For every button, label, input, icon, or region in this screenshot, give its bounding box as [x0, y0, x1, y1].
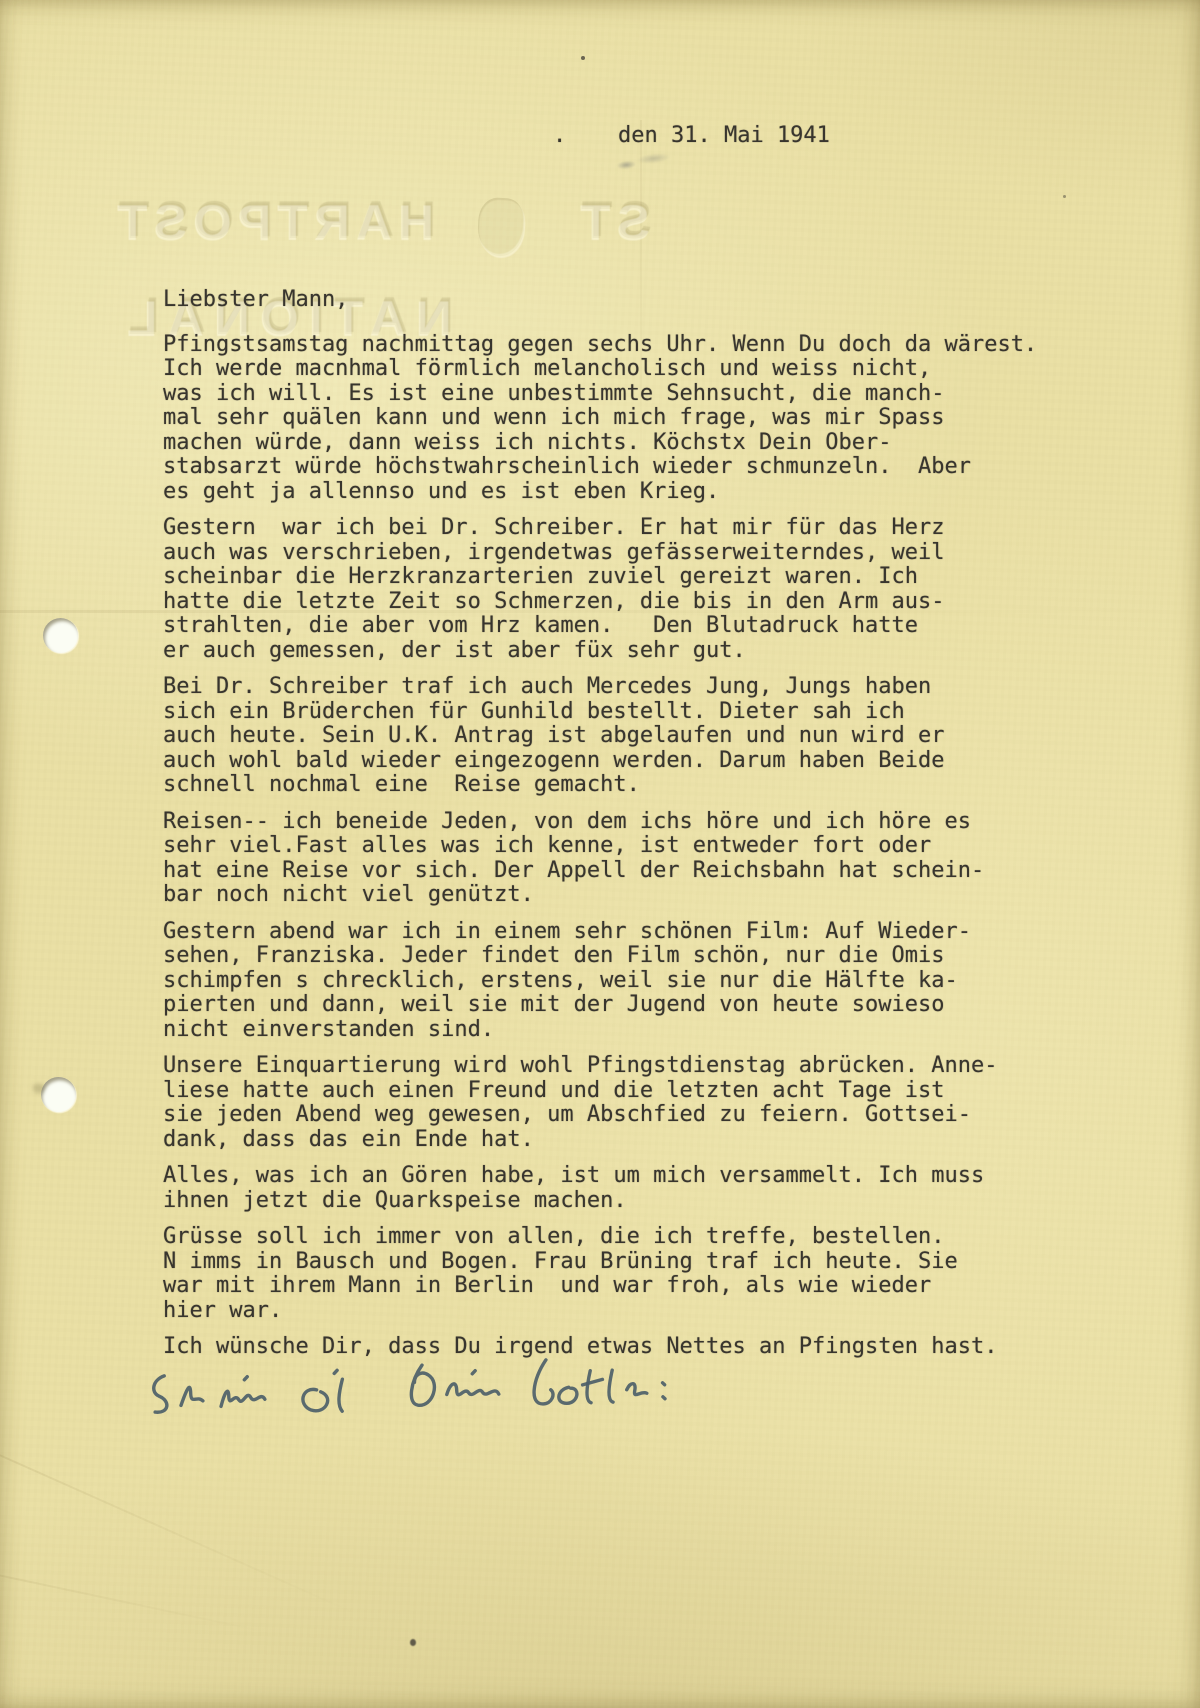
paragraph-5: Gestern abend war ich in einem sehr schö… — [163, 920, 1123, 1043]
greeting-line: Liebster Mann, — [163, 288, 1123, 313]
handwritten-signature — [144, 1344, 786, 1461]
punch-hole-top — [43, 618, 78, 653]
embossed-letterhead-row1: HARTPOST — [112, 192, 435, 250]
paper-speck — [581, 56, 585, 60]
paragraph-8: Grüsse soll ich immer von allen, die ich… — [163, 1225, 1123, 1323]
embossed-text-st-fragment: ST — [575, 192, 651, 250]
paper-speck — [410, 1639, 416, 1646]
paragraph-7: Alles, was ich an Gören habe, ist um mic… — [163, 1164, 1123, 1213]
paragraph-4: Reisen-- ich beneide Jeden, von dem ichs… — [163, 810, 1123, 908]
paragraph-3: Bei Dr. Schreiber traf ich auch Mercedes… — [163, 675, 1123, 798]
embossed-letterhead-row1-right: ST — [575, 192, 651, 250]
date-line: den 31. Mai 1941 — [618, 124, 830, 149]
paragraph-6: Unsere Einquartierung wird wohl Pfingstd… — [163, 1054, 1123, 1152]
letter-body: Liebster Mann, Pfingstsamstag nachmittag… — [163, 288, 1123, 1372]
stray-period-mark: . — [553, 124, 566, 149]
paragraph-1: Pfingstsamstag nachmittag gegen sechs Uh… — [163, 333, 1123, 505]
paper-speck — [1063, 195, 1066, 198]
paragraph-2: Gestern war ich bei Dr. Schreiber. Er ha… — [163, 516, 1123, 663]
embossed-text-hartpost: HARTPOST — [112, 192, 435, 250]
